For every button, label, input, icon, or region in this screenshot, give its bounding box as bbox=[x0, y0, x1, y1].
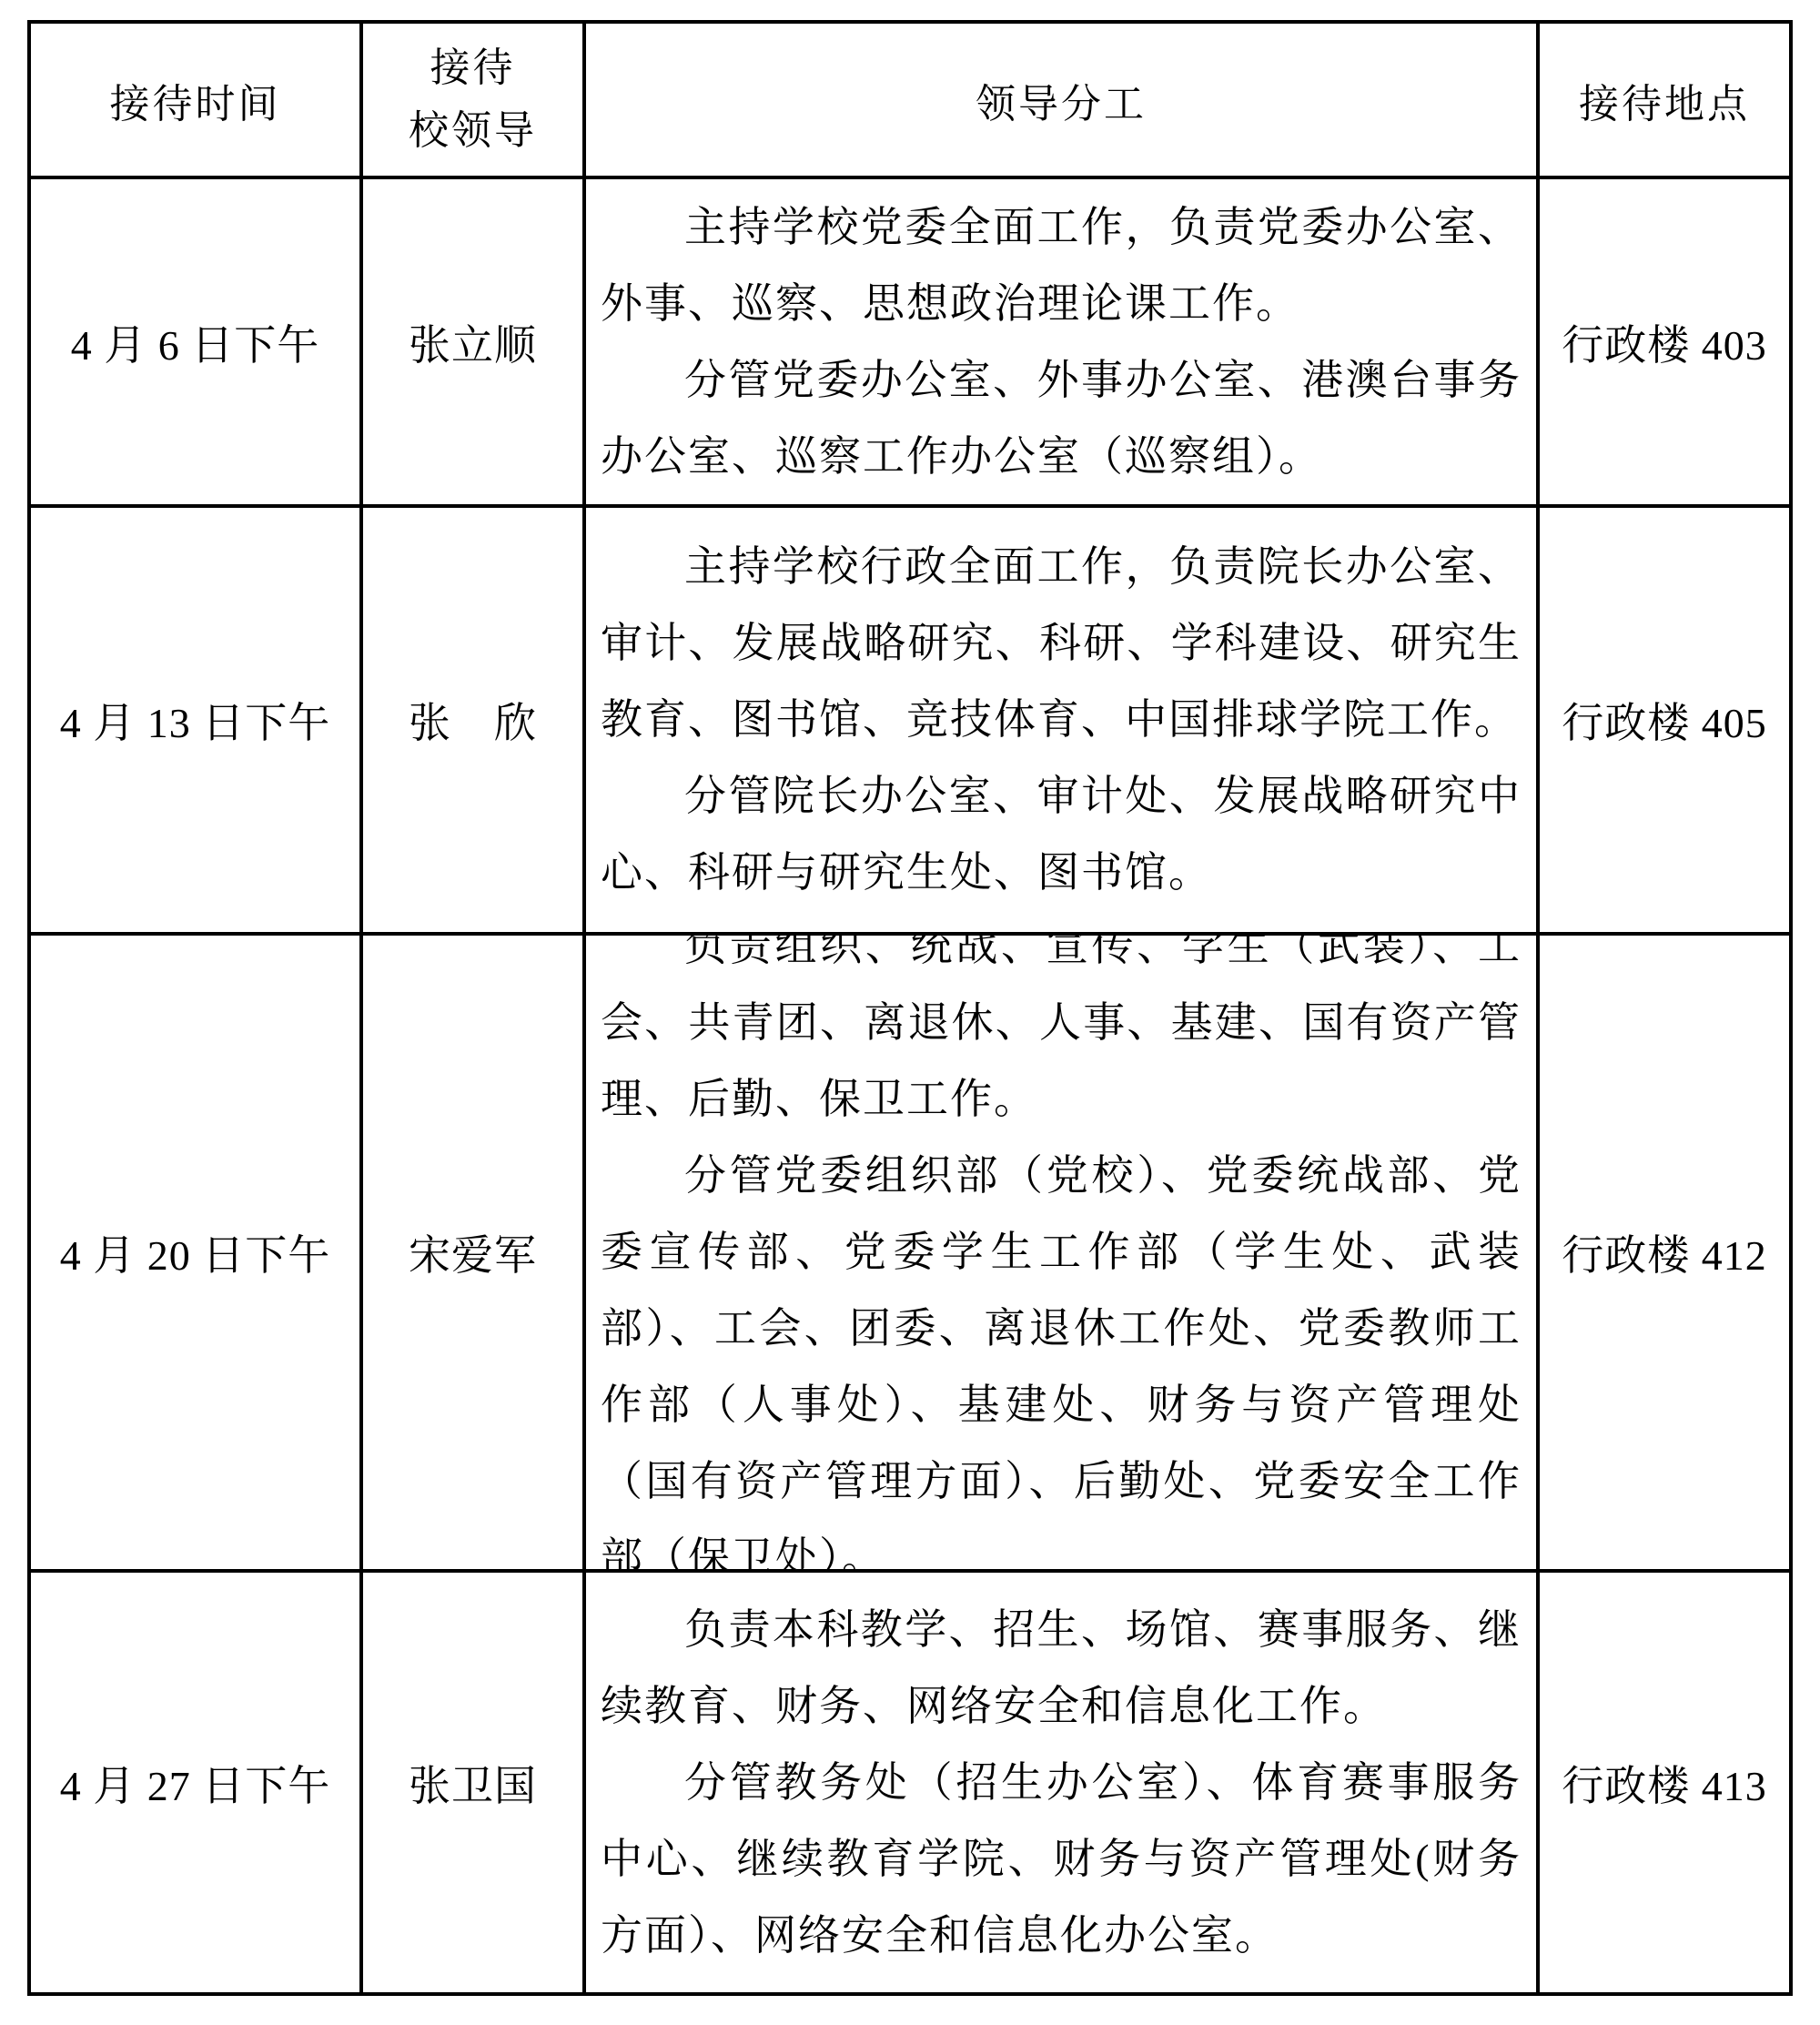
table-row: 4 月 20 日下午 宋爱军 负责组织、统战、宣传、学生（武装）、工会、共青团、… bbox=[31, 936, 1789, 1573]
header-reception-location: 接待地点 bbox=[1540, 24, 1789, 179]
reception-location: 行政楼 403 bbox=[1540, 179, 1789, 508]
leader-name: 张 欣 bbox=[363, 508, 586, 936]
header-reception-time: 接待时间 bbox=[31, 24, 363, 179]
table-row: 4 月 6 日下午 张立顺 主持学校党委全面工作，负责党委办公室、外事、巡察、思… bbox=[31, 179, 1789, 508]
reception-location: 行政楼 413 bbox=[1540, 1573, 1789, 1992]
reception-time: 4 月 13 日下午 bbox=[31, 508, 363, 936]
reception-location: 行政楼 412 bbox=[1540, 936, 1789, 1573]
duty-paragraph: 分管院长办公室、审计处、发展战略研究中心、科研与研究生处、图书馆。 bbox=[601, 758, 1522, 911]
leader-name: 张立顺 bbox=[363, 179, 586, 508]
leader-duties: 负责组织、统战、宣传、学生（武装）、工会、共青团、离退休、人事、基建、国有资产管… bbox=[586, 936, 1540, 1573]
duty-paragraph: 负责本科教学、招生、场馆、赛事服务、继续教育、财务、网络安全和信息化工作。 bbox=[601, 1592, 1522, 1745]
duty-paragraph: 分管党委办公室、外事办公室、港澳台事务办公室、巡察工作办公室（巡察组）。 bbox=[601, 342, 1522, 495]
table-row: 4 月 13 日下午 张 欣 主持学校行政全面工作，负责院长办公室、审计、发展战… bbox=[31, 508, 1789, 936]
header-leader-duties: 领导分工 bbox=[586, 24, 1540, 179]
duty-paragraph: 负责组织、统战、宣传、学生（武装）、工会、共青团、离退休、人事、基建、国有资产管… bbox=[601, 936, 1522, 1138]
table-row: 4 月 27 日下午 张卫国 负责本科教学、招生、场馆、赛事服务、继续教育、财务… bbox=[31, 1573, 1789, 1992]
leader-name: 宋爱军 bbox=[363, 936, 586, 1573]
header-school-leader: 接待 校领导 bbox=[363, 24, 586, 179]
document-page: 接待时间 接待 校领导 领导分工 接待地点 4 月 6 日下午 张立顺 主持学校… bbox=[0, 0, 1820, 2025]
reception-time: 4 月 6 日下午 bbox=[31, 179, 363, 508]
leader-duties: 主持学校党委全面工作，负责党委办公室、外事、巡察、思想政治理论课工作。 分管党委… bbox=[586, 179, 1540, 508]
header-row: 接待时间 接待 校领导 领导分工 接待地点 bbox=[31, 24, 1789, 179]
leader-duties: 主持学校行政全面工作，负责院长办公室、审计、发展战略研究、科研、学科建设、研究生… bbox=[586, 508, 1540, 936]
reception-location: 行政楼 405 bbox=[1540, 508, 1789, 936]
reception-time: 4 月 27 日下午 bbox=[31, 1573, 363, 1992]
reception-time: 4 月 20 日下午 bbox=[31, 936, 363, 1573]
reception-schedule-table: 接待时间 接待 校领导 领导分工 接待地点 4 月 6 日下午 张立顺 主持学校… bbox=[27, 20, 1793, 1996]
leader-duties: 负责本科教学、招生、场馆、赛事服务、继续教育、财务、网络安全和信息化工作。 分管… bbox=[586, 1573, 1540, 1992]
duty-paragraph: 分管教务处（招生办公室）、体育赛事服务中心、继续教育学院、财务与资产管理处(财务… bbox=[601, 1745, 1522, 1974]
duty-paragraph: 主持学校党委全面工作，负责党委办公室、外事、巡察、思想政治理论课工作。 bbox=[601, 189, 1522, 342]
duty-paragraph: 主持学校行政全面工作，负责院长办公室、审计、发展战略研究、科研、学科建设、研究生… bbox=[601, 529, 1522, 758]
leader-name: 张卫国 bbox=[363, 1573, 586, 1992]
duty-paragraph: 分管党委组织部（党校）、党委统战部、党委宣传部、党委学生工作部（学生处、武装部）… bbox=[601, 1138, 1522, 1573]
